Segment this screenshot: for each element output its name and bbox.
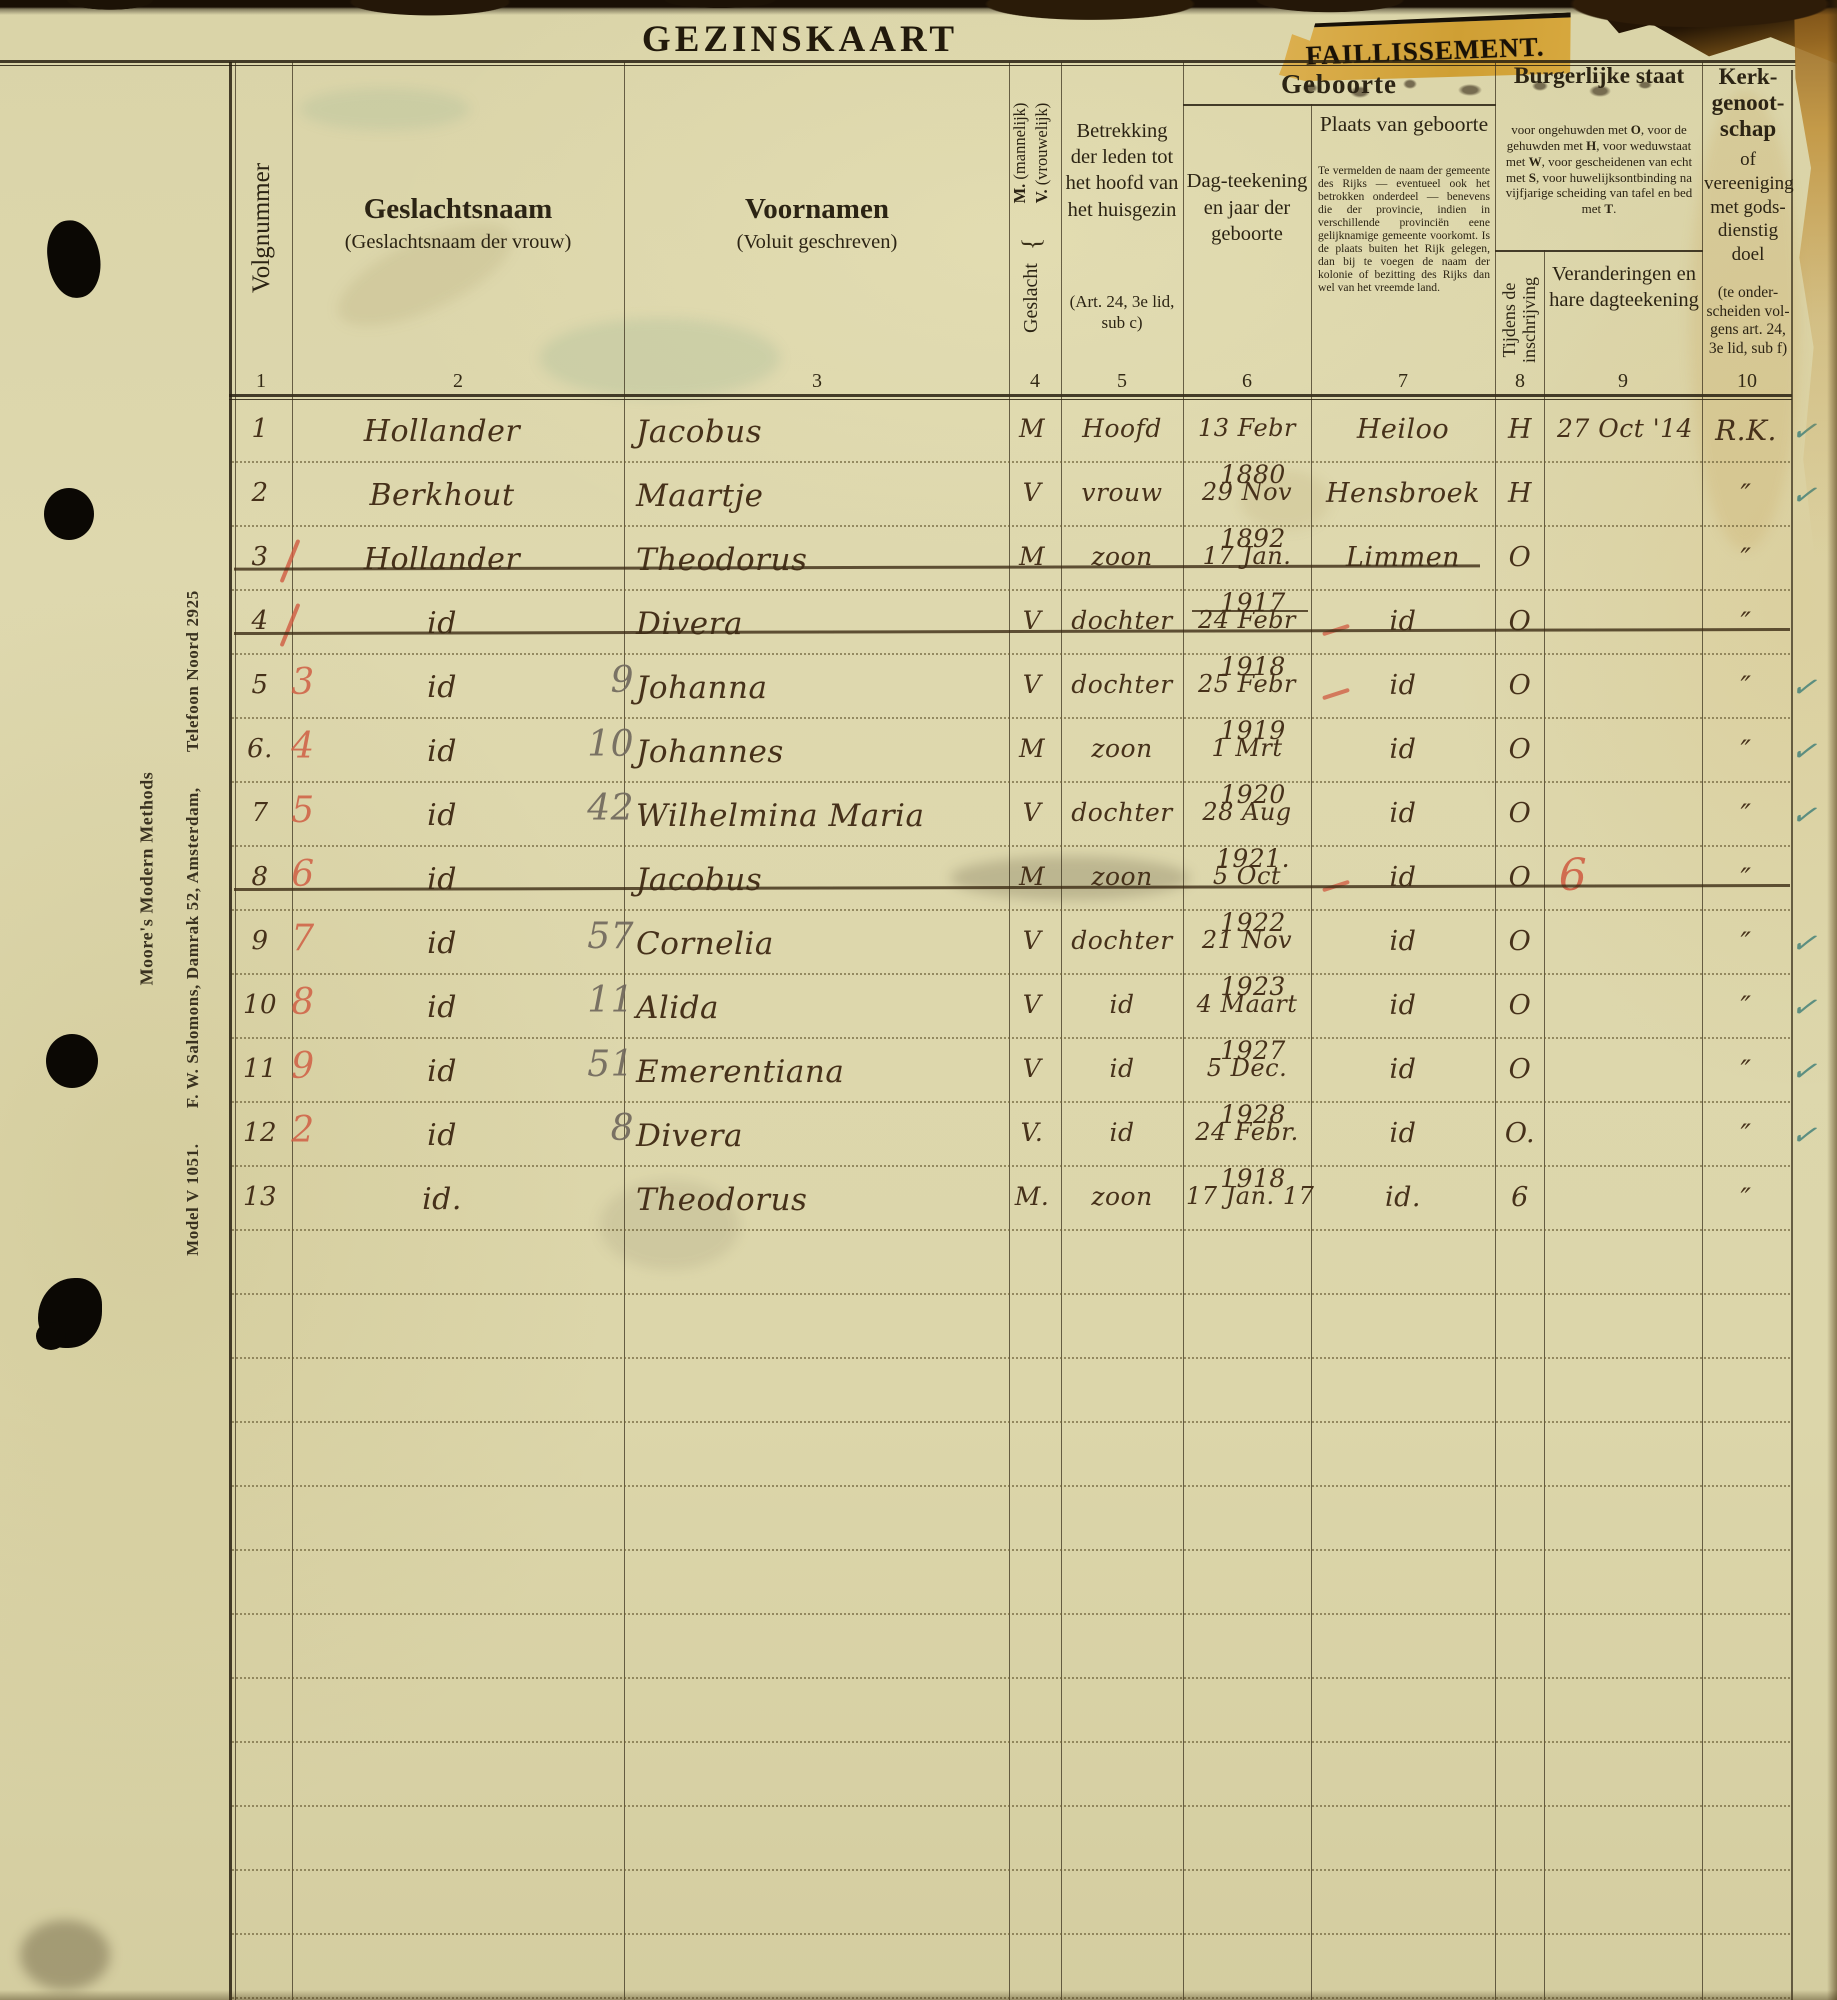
col-line — [1009, 62, 1010, 2000]
col-number: 4 — [1005, 370, 1065, 393]
red-number: 7 — [280, 918, 326, 959]
birth-year: 1928 — [1192, 1100, 1314, 1129]
church: ″ — [1704, 542, 1788, 575]
col-kerkgenootschap-header: Kerk-genoot-schap — [1706, 64, 1790, 141]
v-abbr: V. — [1032, 189, 1051, 203]
printer-brand: Moore's Modern Methods — [137, 679, 158, 1079]
civil-status: O — [1497, 862, 1543, 893]
col-kerkgenootschap-sub: (te onder-scheiden vol-gens art. 24, 3e … — [1704, 284, 1792, 358]
col-line — [1495, 62, 1496, 2000]
surname: id — [292, 926, 592, 961]
check-icon: ✓ — [1780, 795, 1828, 836]
row-number: 11 — [236, 1054, 284, 1084]
table-row: 122id8DiveraV.id24 Febr.1918idO.″✓ — [0, 1114, 1837, 1224]
table-row: 6.4id10JohannesMzoon1 Mrt1920idO″✓ — [0, 730, 1837, 840]
check-icon: ✓ — [1780, 1051, 1828, 1092]
row-number: 6. — [236, 734, 284, 764]
staat-underline — [1495, 250, 1703, 252]
dotted-rule — [232, 1101, 1790, 1103]
civil-status: H — [1497, 414, 1543, 445]
col-voornamen-header: Voornamen — [626, 192, 1008, 227]
birth-date: 28 Aug — [1186, 798, 1308, 826]
check-icon: ✓ — [1780, 411, 1828, 452]
relation: zoon — [1062, 734, 1182, 763]
birth-year: 1919 — [1192, 716, 1314, 745]
birth-year: 1918 — [1192, 1164, 1314, 1193]
birth-place: id — [1314, 1054, 1492, 1085]
row-number: 10 — [236, 990, 284, 1020]
col-veranderingen-header: Veranderingen en hare dagteekening — [1548, 262, 1700, 313]
stain — [1240, 470, 1330, 530]
staat-note: voor ongehuwden met O, voor de gehuwden … — [1500, 122, 1698, 217]
row-number: 4 — [236, 606, 284, 636]
dotted-rule — [232, 1741, 1790, 1743]
col-number: 6 — [1217, 370, 1277, 393]
check-icon: ✓ — [1780, 731, 1828, 772]
surname: id — [292, 1054, 592, 1089]
dotted-rule — [232, 717, 1790, 719]
sex: V — [1006, 926, 1058, 955]
table-row: 53id9JohannaVdochter25 Febr1919idO″✓ — [0, 666, 1837, 776]
col-geslachtsnaam-sub: (Geslachtsnaam der vrouw) — [294, 230, 622, 255]
col-number: 8 — [1490, 370, 1550, 393]
m-word: (mannelijk) — [1010, 103, 1029, 180]
birth-year: 1917 — [1192, 588, 1314, 617]
relation: dochter — [1062, 926, 1182, 955]
birth-year: 1892 — [1192, 524, 1314, 553]
birth-place: Hensbroek — [1314, 478, 1492, 509]
col-geslacht-header: Geslacht — [1019, 228, 1045, 368]
birth-date: 17 Jan. 17 — [1186, 1182, 1308, 1210]
church: ″ — [1704, 478, 1788, 511]
sex: V. — [1006, 1118, 1058, 1147]
sex: M. — [1006, 1182, 1058, 1211]
first-name: Theodorus — [636, 542, 1002, 578]
col-betrekking-header: Betrekking der leden tot het hoofd van h… — [1063, 118, 1181, 223]
dotted-rule — [232, 1805, 1790, 1807]
table-row: 97id57CorneliaVdochter21 Nov1923idO″✓ — [0, 922, 1837, 1032]
red-slash-mark — [280, 539, 301, 583]
red-number: 8 — [280, 982, 326, 1023]
birth-date: 17 Jan. — [1186, 542, 1308, 570]
birth-year: 1920 — [1192, 780, 1314, 809]
check-icon: ✓ — [1780, 667, 1828, 708]
col-betrekking-sub: (Art. 24, 3e lid, sub c) — [1063, 292, 1181, 333]
pencil-number: 9 — [528, 660, 634, 701]
pencil-number: 11 — [528, 980, 634, 1021]
stain — [600, 1180, 740, 1270]
col-line — [1061, 62, 1062, 2000]
dotted-rule — [232, 1933, 1790, 1935]
dotted-rule — [232, 845, 1790, 847]
col-voornamen-sub: (Voluit geschreven) — [626, 230, 1008, 255]
sex: M — [1006, 542, 1058, 571]
church: ″ — [1704, 670, 1788, 703]
relation: Hoofd — [1062, 414, 1182, 443]
sex: V — [1006, 798, 1058, 827]
birth-year: 1927 — [1192, 1036, 1314, 1065]
first-name: Wilhelmina Maria — [636, 798, 1002, 834]
pencil-number: 51 — [528, 1044, 634, 1085]
church: ″ — [1704, 798, 1788, 831]
row-number: 12 — [236, 1118, 284, 1148]
row-number: 8 — [236, 862, 284, 892]
birth-place: id — [1314, 862, 1492, 893]
table-row: 2BerkhoutMaartjeVvrouw29 Nov1892Hensbroe… — [0, 474, 1837, 584]
birth-date: 1 Mrt — [1186, 734, 1308, 762]
birth-date: 13 Febr — [1186, 414, 1308, 442]
civil-status: O. — [1497, 1118, 1543, 1149]
dotted-rule — [232, 1421, 1790, 1423]
sex: M — [1006, 862, 1058, 891]
church: ″ — [1704, 990, 1788, 1023]
relation: dochter — [1062, 670, 1182, 699]
surname: Hollander — [292, 542, 592, 577]
stain — [950, 856, 1190, 900]
red-number: 9 — [280, 1046, 326, 1087]
pencil-number: 57 — [528, 916, 634, 957]
dotted-rule — [232, 589, 1790, 591]
birth-date: 24 Febr. — [1186, 1118, 1308, 1146]
birth-place: id — [1314, 1118, 1492, 1149]
birth-date: 25 Febr — [1186, 670, 1308, 698]
first-name: Theodorus — [636, 1182, 1002, 1218]
page-title: GEZINSKAART — [520, 18, 1080, 61]
col-number: 7 — [1373, 370, 1433, 393]
surname: id. — [292, 1182, 592, 1217]
birth-place: id — [1314, 990, 1492, 1021]
punch-hole — [43, 217, 105, 301]
birth-place: id — [1314, 926, 1492, 957]
relation: dochter — [1062, 606, 1182, 635]
strike-line — [234, 628, 1790, 635]
check-icon: ✓ — [1780, 923, 1828, 964]
birth-date: 29 Nov — [1186, 478, 1308, 506]
strike-line — [234, 884, 1790, 891]
birth-place: id — [1314, 734, 1492, 765]
status-red-number: 6 — [1548, 850, 1598, 901]
page-edge-shadow — [1827, 0, 1837, 2000]
table-left-border — [229, 62, 232, 2000]
red-mark — [1322, 624, 1350, 636]
civil-status: O — [1497, 1054, 1543, 1085]
col-number: 3 — [787, 370, 847, 393]
first-name: Alida — [636, 990, 1002, 1026]
surname: Hollander — [292, 414, 592, 449]
burgerlijke-staat-header: Burgerlijke staat — [1497, 64, 1701, 90]
table-row: 75id42Wilhelmina MariaVdochter28 Aug1921… — [0, 794, 1837, 904]
row-number: 2 — [236, 478, 284, 508]
geboorte-group-header: Geboorte — [1185, 68, 1493, 101]
civil-status: O — [1497, 926, 1543, 957]
row-number: 1 — [236, 414, 284, 444]
civil-status: H — [1497, 478, 1543, 509]
first-name: Jacobus — [636, 414, 1002, 450]
relation: zoon — [1062, 542, 1182, 571]
dotted-rule — [232, 1165, 1790, 1167]
dotted-rule — [232, 653, 1790, 655]
punch-hole — [46, 1034, 98, 1088]
header-bottom-rule-thin — [229, 399, 1792, 400]
gezinskaart-document: Model V 1051. F. W. Salomons, Damrak 52,… — [0, 0, 1837, 2000]
table-row: 119id51EmerentianaVid5 Dec.1928idO″✓ — [0, 1050, 1837, 1160]
v-word: (vrouwelijk) — [1032, 103, 1051, 185]
dotted-rule — [232, 781, 1790, 783]
sex: V — [1006, 670, 1058, 699]
civil-status: O — [1497, 670, 1543, 701]
birth-place: id. — [1314, 1182, 1492, 1213]
stain — [300, 88, 470, 130]
birth-year: 1918 — [1192, 652, 1314, 681]
status-change: 27 Oct '14 — [1546, 414, 1704, 443]
dotted-rule — [232, 1485, 1790, 1487]
birth-year: 1921. — [1192, 844, 1314, 873]
col-plaats-header: Plaats van geboorte — [1316, 112, 1492, 138]
first-name: Divera — [636, 1118, 1002, 1154]
table-row: 3HollanderTheodorusMzoon17 Jan.1917Limme… — [0, 538, 1837, 648]
church: R.K. — [1704, 414, 1788, 447]
dotted-rule — [232, 973, 1790, 975]
stain — [20, 1920, 110, 1990]
col-number: 5 — [1092, 370, 1152, 393]
first-name: Cornelia — [636, 926, 1002, 962]
civil-status: O — [1497, 734, 1543, 765]
check-icon: ✓ — [1780, 1115, 1828, 1156]
dotted-rule — [232, 1549, 1790, 1551]
birth-place: Limmen — [1314, 542, 1492, 573]
relation: id — [1062, 1118, 1182, 1147]
first-name: Jacobus — [636, 862, 1002, 898]
red-number: 5 — [280, 790, 326, 831]
sex: V — [1006, 990, 1058, 1019]
dotted-rule — [232, 1293, 1790, 1295]
red-number: 6 — [280, 854, 326, 895]
birth-year: 1923 — [1192, 972, 1314, 1001]
stain — [540, 318, 780, 398]
col-line — [1702, 62, 1703, 2000]
relation: id — [1062, 990, 1182, 1019]
birth-date: 24 Febr — [1186, 606, 1308, 634]
geboorte-underline — [1183, 104, 1496, 106]
civil-status: O — [1497, 542, 1543, 573]
first-name: Divera — [636, 606, 1002, 642]
dotted-rule — [232, 1357, 1790, 1359]
surname: id — [292, 1118, 592, 1153]
table-row: 1HollanderJacobusMHoofd13 Febr1880Heiloo… — [0, 410, 1837, 520]
surname: Berkhout — [292, 478, 592, 513]
surname: id — [292, 606, 592, 641]
civil-status: 6 — [1497, 1182, 1543, 1213]
birth-date: 4 Maart — [1186, 990, 1308, 1018]
col-number: 1 — [231, 370, 291, 393]
table-row: 4idDiveraVdochter24 Febr1918idO″ — [0, 602, 1837, 712]
church: ″ — [1704, 606, 1788, 639]
red-mark — [1322, 688, 1350, 700]
strike-line — [234, 564, 1480, 570]
birth-date: 21 Nov — [1186, 926, 1308, 954]
col-dagteekening-header: Dag-teekening en jaar der geboorte — [1186, 168, 1308, 248]
dotted-rule — [232, 909, 1790, 911]
sex: V — [1006, 606, 1058, 635]
red-number: 2 — [280, 1110, 326, 1151]
first-name: Maartje — [636, 478, 1002, 514]
pencil-number: 42 — [528, 788, 634, 829]
red-number: 3 — [280, 662, 326, 703]
m-abbr: M. — [1010, 184, 1029, 204]
dotted-rule — [232, 1613, 1790, 1615]
year-strike-line — [1192, 610, 1308, 612]
punch-hole — [36, 1322, 66, 1350]
col-geslachtsnaam-header: Geslachtsnaam — [294, 192, 622, 227]
col-tijdens-inschrijving-header: Tijdens de inschrijving — [1500, 262, 1540, 378]
birth-place: id — [1314, 798, 1492, 829]
birth-date: 5 Oct — [1186, 862, 1308, 890]
pencil-number: 8 — [528, 1108, 634, 1149]
civil-status: O — [1497, 798, 1543, 829]
check-icon: ✓ — [1780, 475, 1828, 516]
col-line — [1183, 62, 1184, 2000]
church: ″ — [1704, 926, 1788, 959]
printer-imprint: Model V 1051. F. W. Salomons, Damrak 52,… — [183, 483, 203, 1363]
dotted-rule — [232, 1229, 1790, 1231]
row-number: 9 — [236, 926, 284, 956]
col-line — [624, 62, 625, 2000]
col-line — [1544, 250, 1545, 2000]
relation: id — [1062, 1054, 1182, 1083]
table-left-border-inner — [235, 62, 236, 2000]
row-number: 7 — [236, 798, 284, 828]
table-row: 13id.TheodorusM.zoon17 Jan. 17id.6″ — [0, 1178, 1837, 1288]
birth-year: 1922 — [1192, 908, 1314, 937]
dotted-rule — [232, 1037, 1790, 1039]
burnt-corner — [1600, 0, 1837, 64]
row-number: 3 — [236, 542, 284, 572]
row-number: 13 — [236, 1182, 284, 1212]
relation: zoon — [1062, 862, 1182, 891]
first-name: Johanna — [636, 670, 1002, 706]
red-slash-mark — [280, 603, 301, 647]
col-kerkgenootschap-body: of vereeniging met gods-dienstig doel — [1704, 148, 1792, 267]
surname: id — [292, 670, 592, 705]
col-plaats-note: Te vermelden de naam der gemeente des Ri… — [1318, 164, 1490, 294]
birth-place: Heiloo — [1314, 414, 1492, 445]
church: ″ — [1704, 1182, 1788, 1215]
sex: V — [1006, 478, 1058, 507]
pencil-number: 10 — [528, 724, 634, 765]
dotted-rule — [232, 525, 1790, 527]
surname: id — [292, 734, 592, 769]
surname: id — [292, 798, 592, 833]
sex: M — [1006, 414, 1058, 443]
civil-status: O — [1497, 606, 1543, 637]
dotted-rule — [232, 1869, 1790, 1871]
birth-date: 5 Dec. — [1186, 1054, 1308, 1082]
birth-place: id — [1314, 670, 1492, 701]
birth-year: 1880 — [1192, 460, 1314, 489]
row-number: 5 — [236, 670, 284, 700]
punch-hole — [44, 488, 94, 540]
surname: id — [292, 862, 592, 897]
surname: id — [292, 990, 592, 1025]
table-right-border — [1791, 70, 1793, 2000]
relation: zoon — [1062, 1182, 1182, 1211]
col-number: 2 — [428, 370, 488, 393]
col-number: 9 — [1593, 370, 1653, 393]
church: ″ — [1704, 1118, 1788, 1151]
col-volgnummer-header: Volgnummer — [247, 78, 277, 378]
birth-place: id — [1314, 606, 1492, 637]
church: ″ — [1704, 862, 1788, 895]
civil-status: O — [1497, 990, 1543, 1021]
dotted-rule — [232, 1997, 1790, 1999]
church: ″ — [1704, 1054, 1788, 1087]
red-number: 4 — [280, 726, 326, 767]
dotted-rule — [232, 1677, 1790, 1679]
header-bottom-rule — [229, 394, 1792, 397]
relation: dochter — [1062, 798, 1182, 827]
table-row: 86idJacobusMzoon5 Oct1922idO6″ — [0, 858, 1837, 968]
first-name: Johannes — [636, 734, 1002, 770]
red-mark — [1322, 880, 1350, 892]
first-name: Emerentiana — [636, 1054, 1002, 1090]
table-row: 108id11AlidaVid4 Maart1927idO″✓ — [0, 986, 1837, 1096]
sex: V — [1006, 1054, 1058, 1083]
col-number: 10 — [1717, 370, 1777, 393]
relation: vrouw — [1062, 478, 1182, 507]
col-geslacht-mv-header: M. (mannelijk) V. (vrouwelijk) — [1009, 63, 1055, 243]
sex: M — [1006, 734, 1058, 763]
dotted-rule — [232, 461, 1790, 463]
col-line — [1311, 104, 1312, 2000]
check-icon: ✓ — [1780, 987, 1828, 1028]
col-line — [292, 62, 293, 2000]
church: ″ — [1704, 734, 1788, 767]
